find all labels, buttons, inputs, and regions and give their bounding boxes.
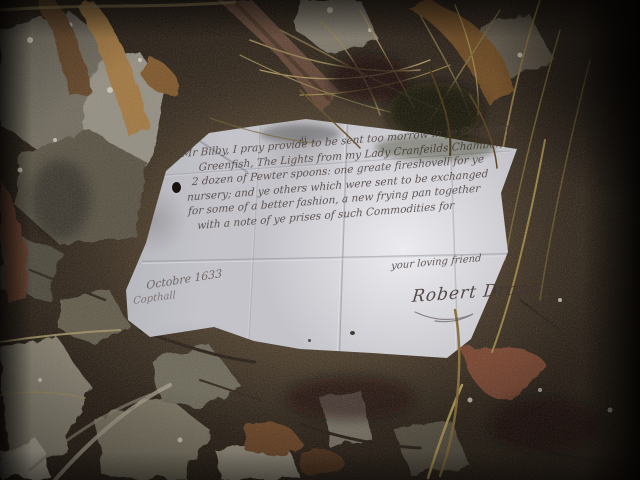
overhanging-straw [0, 0, 640, 480]
night-flash-photo: ij Mr Bilby, I pray provide to be sent t… [0, 0, 640, 480]
